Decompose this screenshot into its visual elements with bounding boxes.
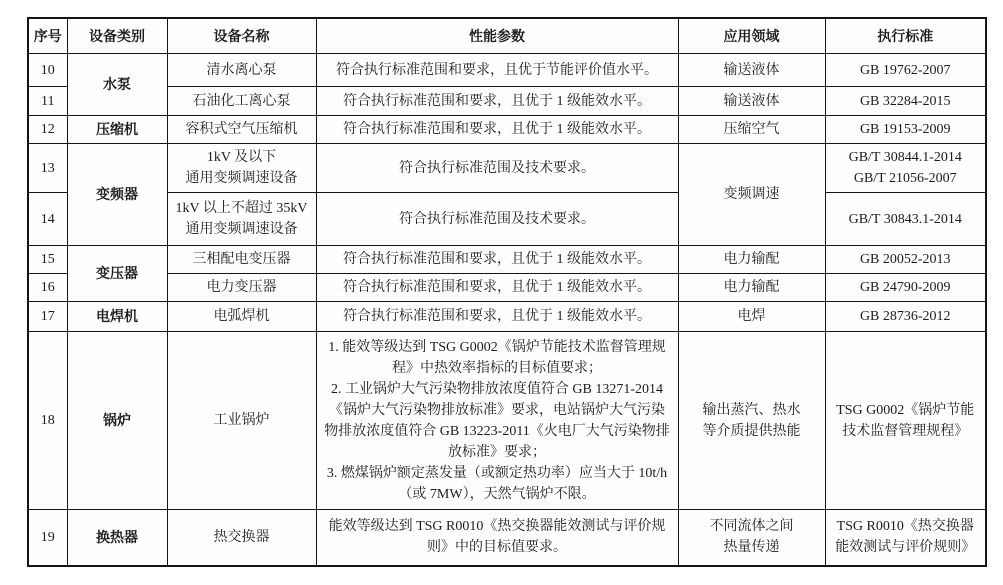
cell-field: 变频调速 [678,144,825,246]
column-header-no: 序号 [28,18,67,54]
cell-name: 热交换器 [167,510,316,566]
column-header-standard: 执行标准 [825,18,986,54]
cell-field: 输出蒸汽、热水 等介质提供热能 [678,332,825,510]
cell-category: 锅炉 [67,332,167,510]
document-page: 序号 设备类别 设备名称 性能参数 应用领域 执行标准 10 水泵 清水离心泵 … [0,0,1003,585]
cell-field: 输送液体 [678,54,825,87]
cell-field: 电力输配 [678,274,825,302]
cell-field: 电焊 [678,302,825,332]
cell-performance: 符合执行标准范围和要求，且优于 1 级能效水平。 [316,246,678,274]
cell-performance: 符合执行标准范围和要求，且优于 1 级能效水平。 [316,274,678,302]
cell-standard: GB 19762-2007 [825,54,986,87]
table-row: 18 锅炉 工业锅炉 1. 能效等级达到 TSG G0002《锅炉节能技术监督管… [28,332,986,510]
cell-performance: 符合执行标准范围和要求，且优于节能评价值水平。 [316,54,678,87]
cell-standard: GB 28736-2012 [825,302,986,332]
cell-name: 1kV 以上不超过 35kV 通用变频调速设备 [167,193,316,246]
cell-category: 水泵 [67,54,167,116]
cell-no: 12 [28,116,67,144]
cell-name: 电力变压器 [167,274,316,302]
cell-standard: GB 24790-2009 [825,274,986,302]
cell-standard: GB 19153-2009 [825,116,986,144]
cell-performance: 1. 能效等级达到 TSG G0002《锅炉节能技术监督管理规程》中热效率指标的… [316,332,678,510]
cell-standard: TSG G0002《锅炉节能 技术监督管理规程》 [825,332,986,510]
cell-field: 电力输配 [678,246,825,274]
cell-category: 电焊机 [67,302,167,332]
cell-name: 1kV 及以下 通用变频调速设备 [167,144,316,193]
cell-category: 变频器 [67,144,167,246]
cell-no: 15 [28,246,67,274]
column-header-name: 设备名称 [167,18,316,54]
cell-name: 清水离心泵 [167,54,316,87]
cell-performance: 能效等级达到 TSG R0010《热交换器能效测试与评价规则》中的目标值要求。 [316,510,678,566]
column-header-field: 应用领域 [678,18,825,54]
cell-performance: 符合执行标准范围及技术要求。 [316,144,678,193]
column-header-performance: 性能参数 [316,18,678,54]
cell-standard: GB/T 30844.1-2014 GB/T 21056-2007 [825,144,986,193]
cell-name: 石油化工离心泵 [167,87,316,116]
cell-name: 容积式空气压缩机 [167,116,316,144]
table-row: 14 1kV 以上不超过 35kV 通用变频调速设备 符合执行标准范围及技术要求… [28,193,986,246]
cell-name: 电弧焊机 [167,302,316,332]
cell-name: 工业锅炉 [167,332,316,510]
cell-no: 17 [28,302,67,332]
table-row: 17 电焊机 电弧焊机 符合执行标准范围和要求，且优于 1 级能效水平。 电焊 … [28,302,986,332]
table-row: 13 变频器 1kV 及以下 通用变频调速设备 符合执行标准范围及技术要求。 变… [28,144,986,193]
cell-standard: GB/T 30843.1-2014 [825,193,986,246]
cell-field: 输送液体 [678,87,825,116]
cell-no: 19 [28,510,67,566]
cell-no: 18 [28,332,67,510]
cell-performance: 符合执行标准范围及技术要求。 [316,193,678,246]
cell-field: 不同流体之间 热量传递 [678,510,825,566]
cell-category: 换热器 [67,510,167,566]
cell-standard: GB 20052-2013 [825,246,986,274]
cell-category: 变压器 [67,246,167,302]
table-row: 12 压缩机 容积式空气压缩机 符合执行标准范围和要求，且优于 1 级能效水平。… [28,116,986,144]
table-row: 11 石油化工离心泵 符合执行标准范围和要求，且优于 1 级能效水平。 输送液体… [28,87,986,116]
cell-performance: 符合执行标准范围和要求，且优于 1 级能效水平。 [316,302,678,332]
cell-field: 压缩空气 [678,116,825,144]
table-row: 15 变压器 三相配电变压器 符合执行标准范围和要求，且优于 1 级能效水平。 … [28,246,986,274]
cell-performance: 符合执行标准范围和要求，且优于 1 级能效水平。 [316,116,678,144]
cell-no: 10 [28,54,67,87]
cell-standard: GB 32284-2015 [825,87,986,116]
cell-name: 三相配电变压器 [167,246,316,274]
cell-no: 16 [28,274,67,302]
cell-no: 14 [28,193,67,246]
cell-performance: 符合执行标准范围和要求，且优于 1 级能效水平。 [316,87,678,116]
table-row: 10 水泵 清水离心泵 符合执行标准范围和要求，且优于节能评价值水平。 输送液体… [28,54,986,87]
cell-category: 压缩机 [67,116,167,144]
table-row: 19 换热器 热交换器 能效等级达到 TSG R0010《热交换器能效测试与评价… [28,510,986,566]
cell-no: 11 [28,87,67,116]
header-row: 序号 设备类别 设备名称 性能参数 应用领域 执行标准 [28,18,986,54]
cell-no: 13 [28,144,67,193]
equipment-table: 序号 设备类别 设备名称 性能参数 应用领域 执行标准 10 水泵 清水离心泵 … [27,17,987,567]
column-header-category: 设备类别 [67,18,167,54]
table-row: 16 电力变压器 符合执行标准范围和要求，且优于 1 级能效水平。 电力输配 G… [28,274,986,302]
cell-standard: TSG R0010《热交换器 能效测试与评价规则》 [825,510,986,566]
